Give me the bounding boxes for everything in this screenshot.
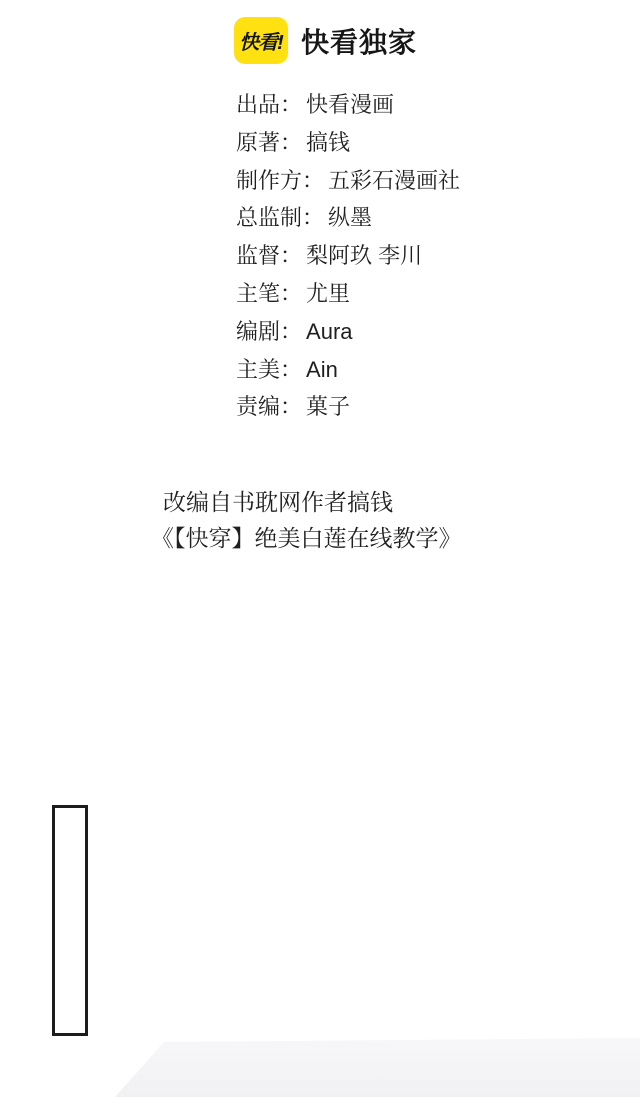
brand-title: 快看独家 xyxy=(301,21,417,61)
credit-row-lead-artist: 主笔：尤里 xyxy=(236,275,460,313)
credit-label: 监督 xyxy=(236,243,280,268)
credit-label: 编剧 xyxy=(236,319,280,344)
credit-value: 尤里 xyxy=(306,281,350,306)
credit-separator: ： xyxy=(280,319,302,344)
credits-list: 出品：快看漫画 原著：搞钱 制作方：五彩石漫画社 总监制：纵墨 监督：梨阿玖 李… xyxy=(236,86,460,426)
credit-separator: ： xyxy=(302,168,324,193)
credit-value: 搞钱 xyxy=(306,130,350,155)
credit-separator: ： xyxy=(302,205,324,230)
credit-label: 主笔 xyxy=(236,281,280,306)
credit-value: Ain xyxy=(306,357,338,382)
credit-value: 五彩石漫画社 xyxy=(328,168,460,193)
credit-row-chief-supervisor: 总监制：纵墨 xyxy=(236,199,460,237)
credit-separator: ： xyxy=(280,130,302,155)
credit-label: 责编 xyxy=(236,394,280,419)
credit-value: 梨阿玖 李川 xyxy=(306,243,422,268)
credit-label: 制作方 xyxy=(236,168,302,193)
credit-value: 菓子 xyxy=(306,394,350,419)
credit-separator: ： xyxy=(280,92,302,117)
comic-panel-outline xyxy=(52,805,88,1036)
credit-row-original-author: 原著：搞钱 xyxy=(236,124,460,162)
kuaikan-logo-icon: 快看! xyxy=(234,17,288,64)
credit-separator: ： xyxy=(280,281,302,306)
credit-label: 主美 xyxy=(236,357,280,382)
credit-value: 纵墨 xyxy=(328,205,372,230)
adaptation-title-line: 《【快穿】绝美白莲在线教学》 xyxy=(151,524,462,552)
credit-separator: ： xyxy=(280,243,302,268)
credit-value: 快看漫画 xyxy=(306,92,394,117)
credit-value: Aura xyxy=(306,319,352,344)
credit-separator: ： xyxy=(280,357,302,382)
credit-row-art-director: 主美：Ain xyxy=(236,351,460,389)
credit-label: 总监制 xyxy=(236,205,302,230)
logo-text: 快看! xyxy=(239,26,283,55)
bottom-diagonal-shade xyxy=(0,1038,640,1097)
adaptation-source-line: 改编自书耽网作者搞钱 xyxy=(163,489,393,516)
credit-label: 出品 xyxy=(236,92,280,117)
credit-label: 原著 xyxy=(236,130,280,155)
credit-separator: ： xyxy=(280,394,302,419)
credit-row-supervisor: 监督：梨阿玖 李川 xyxy=(236,237,460,275)
comic-credits-page: 快看! 快看独家 出品：快看漫画 原著：搞钱 制作方：五彩石漫画社 总监制：纵墨… xyxy=(0,0,640,1097)
credit-row-studio: 制作方：五彩石漫画社 xyxy=(236,162,460,200)
credit-row-screenwriter: 编剧：Aura xyxy=(236,313,460,351)
credit-row-editor: 责编：菓子 xyxy=(236,388,460,426)
credit-row-producer: 出品：快看漫画 xyxy=(236,86,460,124)
brand-header: 快看! 快看独家 xyxy=(234,17,417,64)
